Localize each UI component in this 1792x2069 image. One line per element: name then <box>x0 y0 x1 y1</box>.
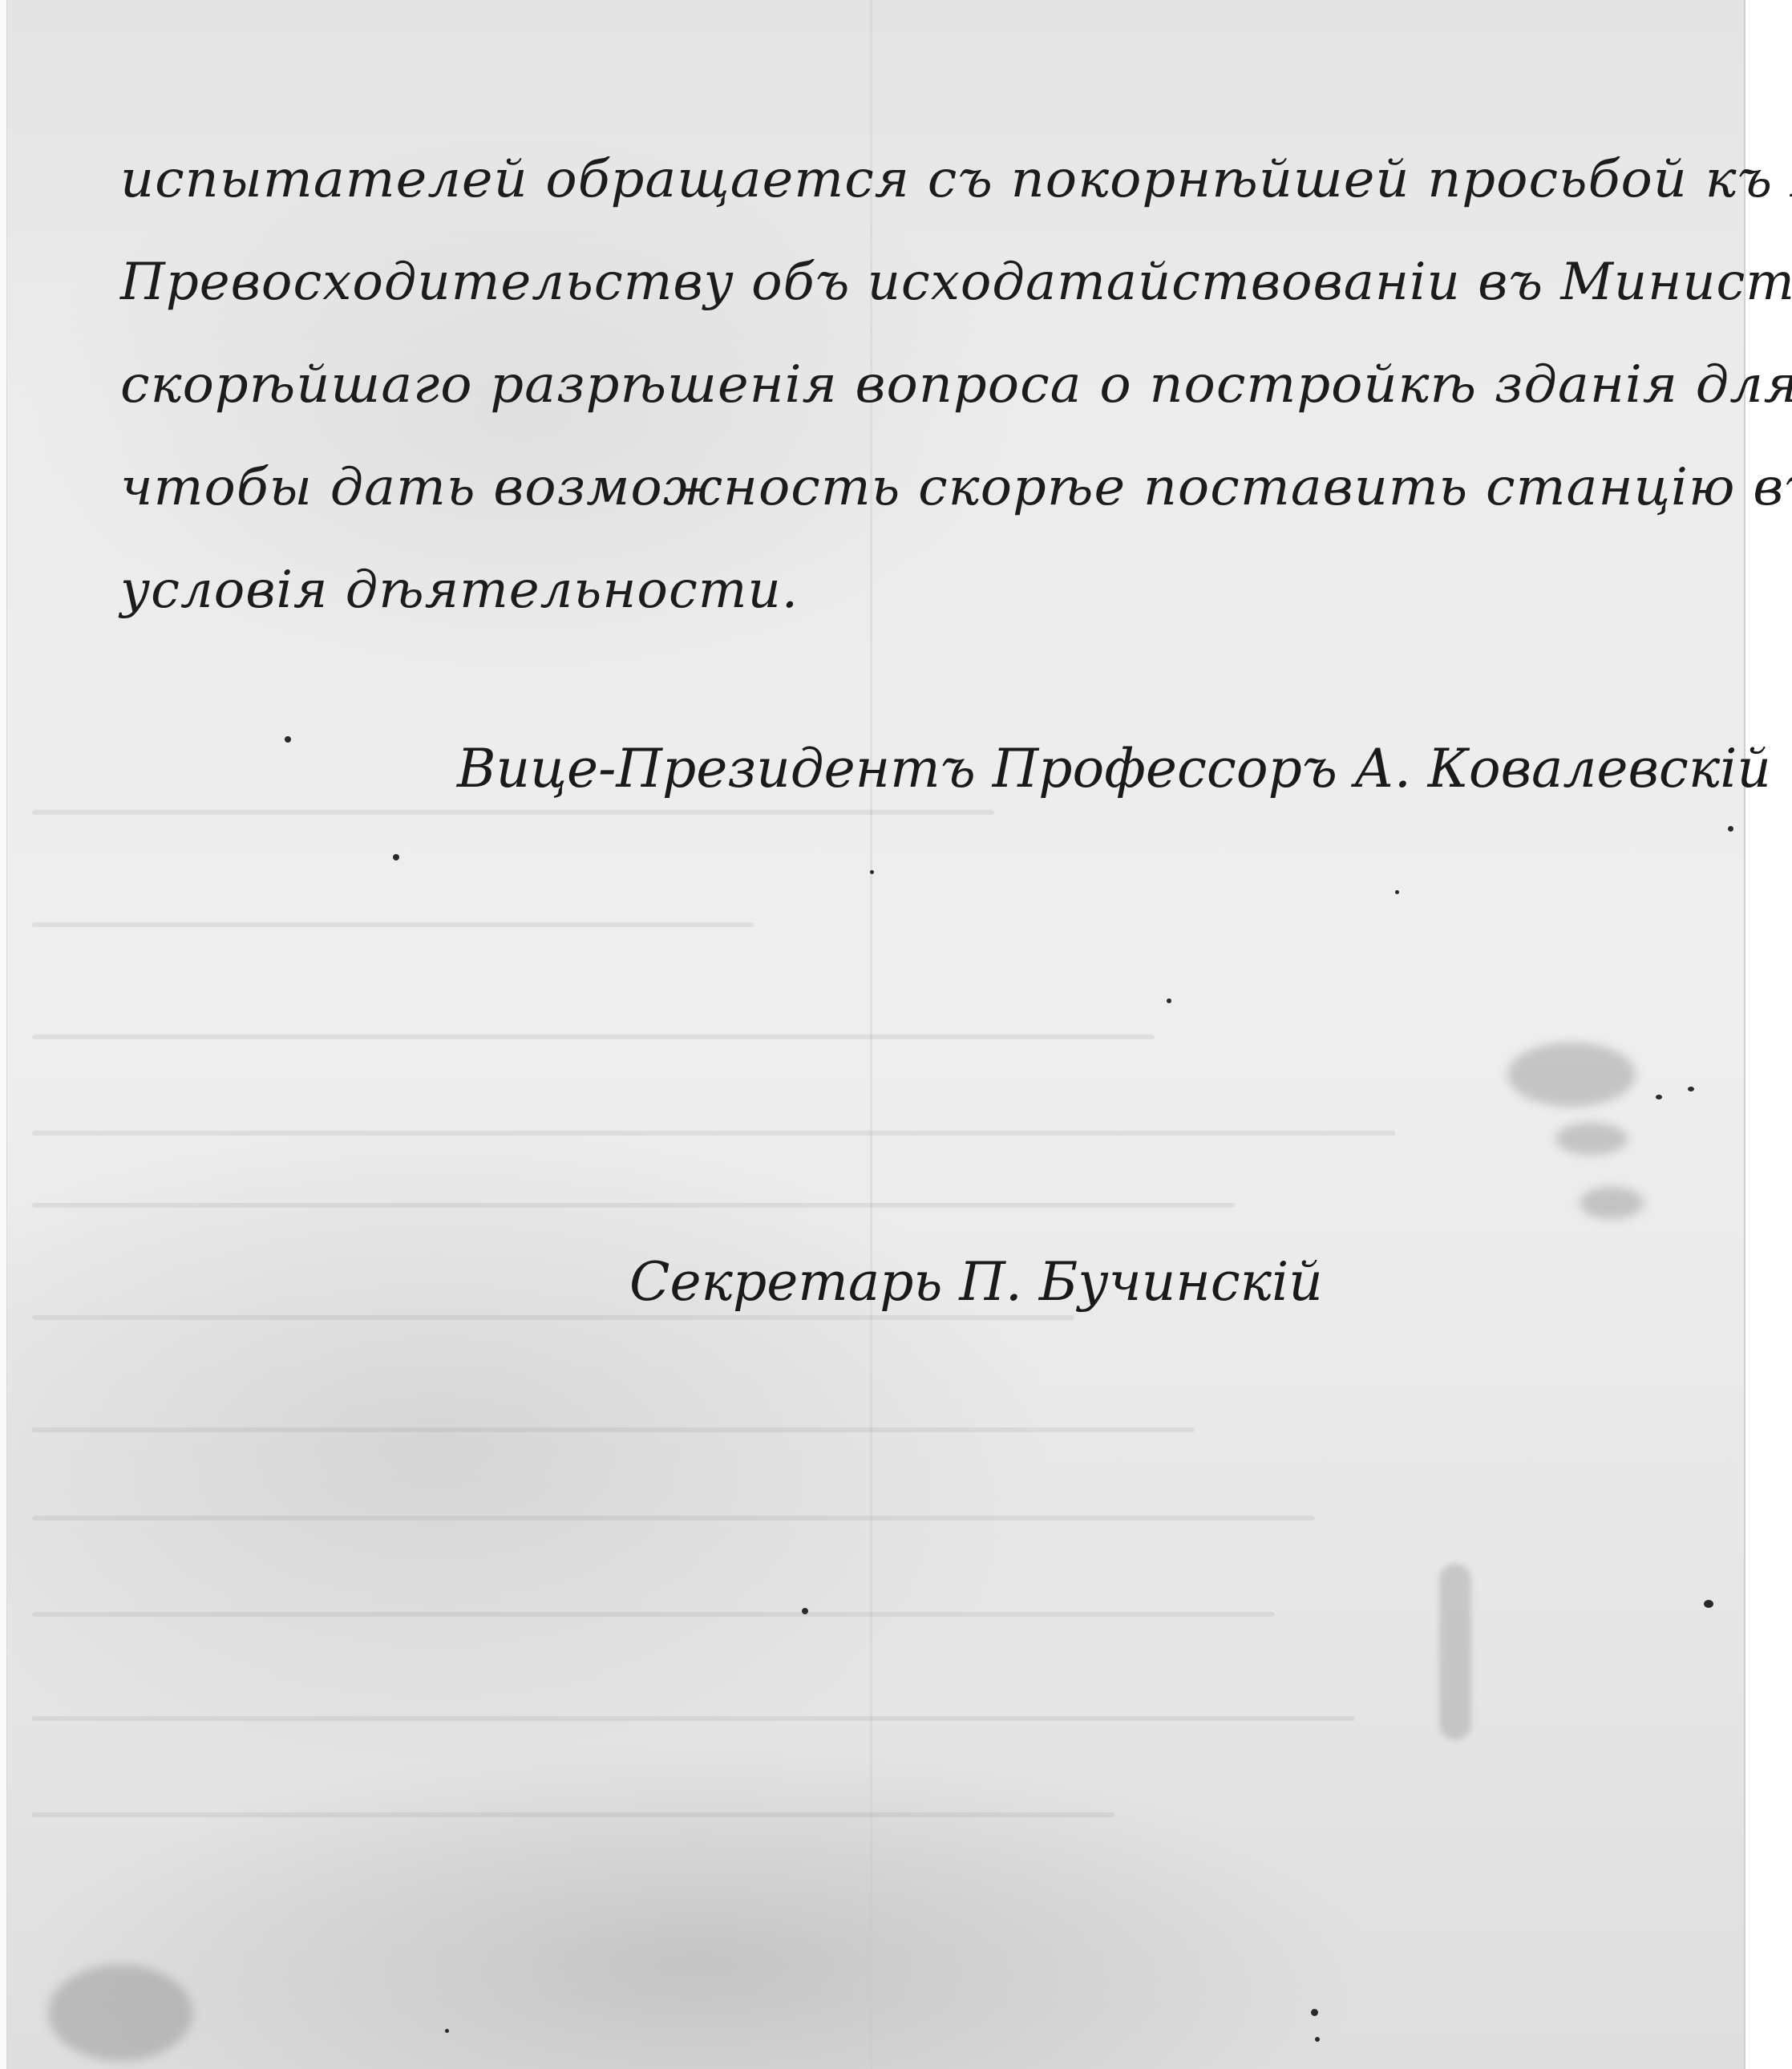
body-line: чтобы дать возможность скорѣе поставить … <box>120 436 1764 539</box>
bleed-through-text <box>32 1427 1195 1432</box>
bleed-through-text <box>32 1131 1395 1136</box>
body-line: Превосходительству объ исходатайствовані… <box>120 231 1732 334</box>
bleed-through-text <box>32 1034 1155 1039</box>
ink-speck <box>1167 998 1171 1003</box>
left-edge-strip <box>0 0 7 2069</box>
bleed-through-text <box>32 922 754 927</box>
ink-speck <box>1395 890 1399 894</box>
ink-speck <box>1688 1087 1694 1091</box>
body-line: условія дѣятельности. <box>120 539 1732 642</box>
bleed-through-text <box>32 1716 1355 1721</box>
ink-stain <box>1439 1564 1471 1740</box>
ink-speck <box>870 870 874 874</box>
vice-president-signature: Вице-Президентъ Профессоръ А. Ковалевскі… <box>457 738 1771 800</box>
bleed-through-text <box>32 1203 1235 1208</box>
body-line: испытателей обращается съ покорнѣйшей пр… <box>120 128 1764 231</box>
ink-speck <box>285 736 291 743</box>
bleed-through-text <box>32 810 994 815</box>
ink-speck <box>1315 2037 1320 2042</box>
ink-speck <box>393 854 399 860</box>
ink-speck <box>445 2029 449 2033</box>
bleed-through-text <box>32 1612 1275 1617</box>
bleed-through-text <box>32 1516 1315 1520</box>
bleed-through-text <box>32 1812 1114 1817</box>
ink-speck <box>1311 2009 1318 2016</box>
bleed-through-text <box>32 1315 1074 1320</box>
letter-body: испытателей обращается съ покорнѣйшей пр… <box>120 128 1732 642</box>
smudge <box>1555 1123 1628 1155</box>
ink-speck <box>1704 1600 1713 1608</box>
smudge <box>1580 1187 1644 1219</box>
ink-speck <box>1656 1095 1662 1099</box>
secretary-signature: Секретарь П. Бучинскій <box>629 1251 1323 1313</box>
ink-speck <box>802 1608 808 1614</box>
ink-speck <box>1728 826 1733 832</box>
smudge <box>48 1965 192 2061</box>
document-page: испытателей обращается съ покорнѣйшей пр… <box>0 0 1745 2069</box>
body-line: скорѣйшаго разрѣшенія вопроса о постройк… <box>120 334 1764 436</box>
smudge <box>1507 1043 1636 1107</box>
